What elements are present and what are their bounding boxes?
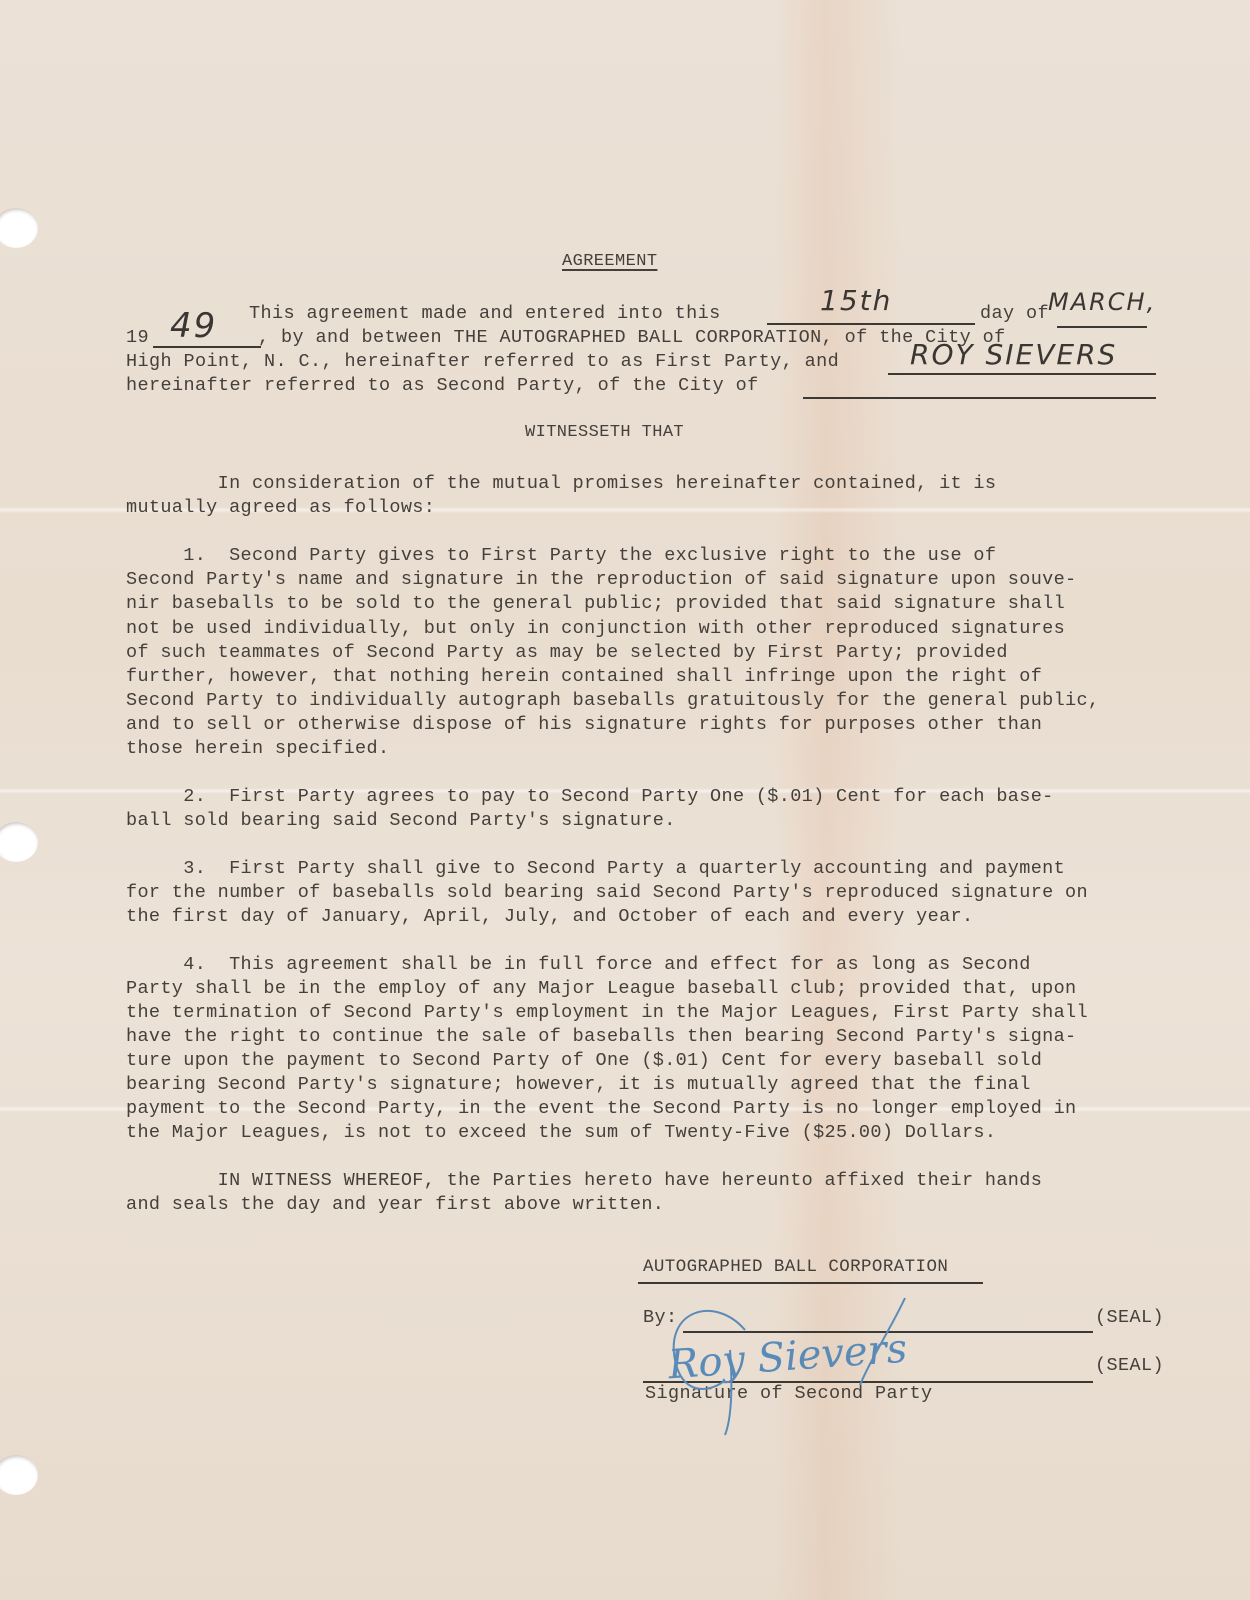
handwritten-day: 15th	[820, 284, 892, 317]
closing-line-2: and seals the day and year first above w…	[126, 1193, 664, 1217]
clause-line: not be used individually, but only in co…	[126, 617, 1065, 641]
clause-line: further, however, that nothing herein co…	[126, 665, 1042, 689]
clause-line: have the right to continue the sale of b…	[126, 1025, 1077, 1049]
preamble-line-2: mutually agreed as follows:	[126, 496, 435, 520]
day-blank-line	[767, 323, 975, 325]
clause-line: the first day of January, April, July, a…	[126, 905, 973, 929]
clause-line: Party shall be in the employ of any Majo…	[126, 977, 1077, 1001]
closing-line-1: IN WITNESS WHEREOF, the Parties hereto h…	[126, 1169, 1042, 1193]
seal-label-second-party: (SEAL)	[1095, 1355, 1164, 1376]
clause-line: Second Party to individually autograph b…	[126, 689, 1099, 713]
document-title: AGREEMENT	[562, 252, 657, 271]
clause-line: bearing Second Party's signature; howeve…	[126, 1073, 1031, 1097]
company-name: AUTOGRAPHED BALL CORPORATION	[643, 1257, 948, 1277]
opening-line-2: , by and between THE AUTOGRAPHED BALL CO…	[258, 327, 1006, 348]
day-of-label: day of	[980, 303, 1049, 324]
clause-line: of such teammates of Second Party as may…	[126, 641, 1008, 665]
year-prefix: 19	[126, 327, 149, 348]
clause-line: 3. First Party shall give to Second Part…	[126, 857, 1065, 881]
signature-flourish	[655, 1290, 975, 1440]
witnesseth-heading: WITNESSETH THAT	[525, 423, 684, 442]
clause-line: ball sold bearing said Second Party's si…	[126, 809, 676, 833]
clause-line: payment to the Second Party, in the even…	[126, 1097, 1077, 1121]
year-blank-line	[153, 346, 261, 348]
clause-line: 2. First Party agrees to pay to Second P…	[126, 785, 1054, 809]
clause-line: ture upon the payment to Second Party of…	[126, 1049, 1042, 1073]
city-blank-line	[803, 397, 1156, 399]
clause-line: for the number of baseballs sold bearing…	[126, 881, 1088, 905]
second-party-blank-line	[888, 373, 1156, 375]
clause-line: those herein specified.	[126, 737, 389, 761]
opening-line-3: High Point, N. C., hereinafter referred …	[126, 351, 839, 372]
clause-line: 4. This agreement shall be in full force…	[126, 953, 1031, 977]
seal-label-first-party: (SEAL)	[1095, 1307, 1164, 1328]
preamble-line-1: In consideration of the mutual promises …	[126, 472, 996, 496]
contract-page: AGREEMENT This agreement made and entere…	[0, 0, 1250, 1600]
clause-line: Second Party's name and signature in the…	[126, 568, 1077, 592]
punch-hole-top	[0, 208, 38, 248]
handwritten-year: 49	[170, 306, 217, 346]
clause-line: the termination of Second Party's employ…	[126, 1001, 1088, 1025]
handwritten-month: MARCH,	[1048, 288, 1156, 316]
clause-line: 1. Second Party gives to First Party the…	[126, 544, 996, 568]
opening-line-4: hereinafter referred to as Second Party,…	[126, 375, 759, 396]
clause-line: nir baseballs to be sold to the general …	[126, 592, 1065, 616]
handwritten-second-party-name: ROY SIEVERS	[910, 338, 1117, 371]
opening-line-1: This agreement made and entered into thi…	[249, 303, 721, 324]
company-underline	[638, 1282, 983, 1284]
clause-line: the Major Leagues, is not to exceed the …	[126, 1121, 996, 1145]
clause-line: and to sell or otherwise dispose of his …	[126, 713, 1042, 737]
punch-hole-middle	[0, 822, 38, 862]
punch-hole-bottom	[0, 1455, 38, 1495]
month-blank-line	[1057, 326, 1147, 328]
